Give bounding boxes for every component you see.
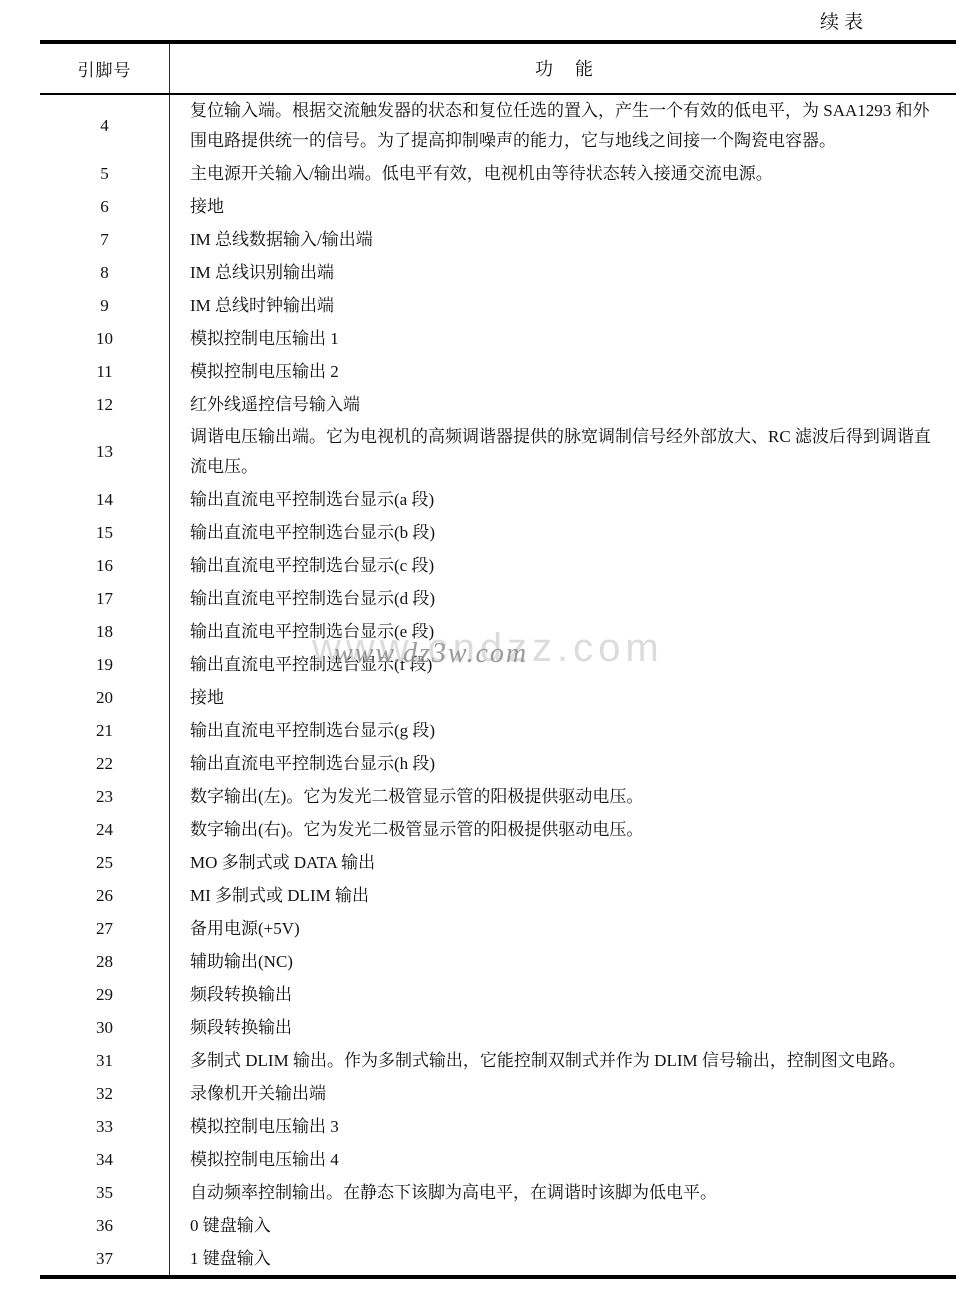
function-cell: 模拟控制电压输出 2 xyxy=(170,355,956,388)
function-cell: 辅助输出(NC) xyxy=(170,945,956,978)
pin-cell: 31 xyxy=(40,1044,170,1077)
table-row: 10 模拟控制电压输出 1 xyxy=(40,322,956,355)
document-page: 续表 引脚号 功 能 4 复位输入端。根据交流触发器的状态和复位任选的置入，产生… xyxy=(0,0,960,1304)
function-cell: 数字输出(右)。它为发光二极管显示管的阳极提供驱动电压。 xyxy=(170,813,956,846)
table-row: 18 输出直流电平控制选台显示(e 段) xyxy=(40,615,956,648)
function-cell: MI 多制式或 DLIM 输出 xyxy=(170,879,956,912)
table-row: 31 多制式 DLIM 输出。作为多制式输出，它能控制双制式并作为 DLIM 信… xyxy=(40,1044,956,1077)
table-row: 4 复位输入端。根据交流触发器的状态和复位任选的置入，产生一个有效的低电平，为 … xyxy=(40,95,956,157)
pin-cell: 21 xyxy=(40,714,170,747)
table-row: 16 输出直流电平控制选台显示(c 段) xyxy=(40,549,956,582)
table-row: 26 MI 多制式或 DLIM 输出 xyxy=(40,879,956,912)
table-row: 12 红外线遥控信号输入端 xyxy=(40,388,956,421)
function-cell: 输出直流电平控制选台显示(a 段) xyxy=(170,483,956,516)
table-row: 5 主电源开关输入/输出端。低电平有效，电视机由等待状态转入接通交流电源。 xyxy=(40,157,956,190)
table-row: 14 输出直流电平控制选台显示(a 段) xyxy=(40,483,956,516)
pin-cell: 28 xyxy=(40,945,170,978)
function-cell: 输出直流电平控制选台显示(f 段) xyxy=(170,648,956,681)
function-cell: 频段转换输出 xyxy=(170,1011,956,1044)
pin-cell: 17 xyxy=(40,582,170,615)
function-cell: IM 总线识别输出端 xyxy=(170,256,956,289)
pin-cell: 36 xyxy=(40,1209,170,1242)
pin-cell: 34 xyxy=(40,1143,170,1176)
pin-cell: 20 xyxy=(40,681,170,714)
pin-cell: 32 xyxy=(40,1077,170,1110)
table-row: 36 0 键盘输入 xyxy=(40,1209,956,1242)
pin-cell: 15 xyxy=(40,516,170,549)
pin-cell: 22 xyxy=(40,747,170,780)
table-row: 35 自动频率控制输出。在静态下该脚为高电平，在调谐时该脚为低电平。 xyxy=(40,1176,956,1209)
function-cell: 1 键盘输入 xyxy=(170,1242,956,1275)
function-cell: 0 键盘输入 xyxy=(170,1209,956,1242)
function-cell: 数字输出(左)。它为发光二极管显示管的阳极提供驱动电压。 xyxy=(170,780,956,813)
function-cell: IM 总线数据输入/输出端 xyxy=(170,223,956,256)
function-cell: 接地 xyxy=(170,681,956,714)
continued-table-label: 续表 xyxy=(820,7,868,34)
table-row: 19 输出直流电平控制选台显示(f 段) xyxy=(40,648,956,681)
pin-cell: 33 xyxy=(40,1110,170,1143)
pin-cell: 8 xyxy=(40,256,170,289)
pin-cell: 10 xyxy=(40,322,170,355)
pin-cell: 18 xyxy=(40,615,170,648)
pin-cell: 4 xyxy=(40,95,170,157)
function-cell: 接地 xyxy=(170,190,956,223)
function-cell: 录像机开关输出端 xyxy=(170,1077,956,1110)
table-row: 29 频段转换输出 xyxy=(40,978,956,1011)
pin-cell: 19 xyxy=(40,648,170,681)
pin-cell: 16 xyxy=(40,549,170,582)
function-cell: 输出直流电平控制选台显示(e 段) xyxy=(170,615,956,648)
table-row: 22 输出直流电平控制选台显示(h 段) xyxy=(40,747,956,780)
table-row: 30 频段转换输出 xyxy=(40,1011,956,1044)
pin-cell: 30 xyxy=(40,1011,170,1044)
table-row: 37 1 键盘输入 xyxy=(40,1242,956,1275)
function-cell: IM 总线时钟输出端 xyxy=(170,289,956,322)
pin-cell: 26 xyxy=(40,879,170,912)
table-row: 7 IM 总线数据输入/输出端 xyxy=(40,223,956,256)
pin-cell: 12 xyxy=(40,388,170,421)
table-row: 33 模拟控制电压输出 3 xyxy=(40,1110,956,1143)
table-row: 27 备用电源(+5V) xyxy=(40,912,956,945)
pin-cell: 14 xyxy=(40,483,170,516)
table-row: 24 数字输出(右)。它为发光二极管显示管的阳极提供驱动电压。 xyxy=(40,813,956,846)
table-row: 15 输出直流电平控制选台显示(b 段) xyxy=(40,516,956,549)
function-cell: 主电源开关输入/输出端。低电平有效，电视机由等待状态转入接通交流电源。 xyxy=(170,157,956,190)
pin-cell: 7 xyxy=(40,223,170,256)
pin-cell: 25 xyxy=(40,846,170,879)
pin-cell: 37 xyxy=(40,1242,170,1275)
function-cell: 频段转换输出 xyxy=(170,978,956,1011)
pin-cell: 11 xyxy=(40,355,170,388)
pin-cell: 35 xyxy=(40,1176,170,1209)
table-header-row: 引脚号 功 能 xyxy=(40,44,956,95)
function-cell: 模拟控制电压输出 1 xyxy=(170,322,956,355)
function-cell: 红外线遥控信号输入端 xyxy=(170,388,956,421)
pin-cell: 24 xyxy=(40,813,170,846)
table-row: 20 接地 xyxy=(40,681,956,714)
table-row: 9 IM 总线时钟输出端 xyxy=(40,289,956,322)
table-row: 6 接地 xyxy=(40,190,956,223)
table-row: 17 输出直流电平控制选台显示(d 段) xyxy=(40,582,956,615)
function-cell: 输出直流电平控制选台显示(g 段) xyxy=(170,714,956,747)
function-cell: 输出直流电平控制选台显示(h 段) xyxy=(170,747,956,780)
function-cell: 模拟控制电压输出 4 xyxy=(170,1143,956,1176)
pin-function-table: 引脚号 功 能 4 复位输入端。根据交流触发器的状态和复位任选的置入，产生一个有… xyxy=(40,40,956,1279)
function-cell: MO 多制式或 DATA 输出 xyxy=(170,846,956,879)
function-cell: 输出直流电平控制选台显示(d 段) xyxy=(170,582,956,615)
function-cell: 多制式 DLIM 输出。作为多制式输出，它能控制双制式并作为 DLIM 信号输出… xyxy=(170,1044,956,1077)
function-column-header: 功 能 xyxy=(170,44,956,93)
function-cell: 复位输入端。根据交流触发器的状态和复位任选的置入，产生一个有效的低电平，为 SA… xyxy=(170,95,956,157)
table-row: 34 模拟控制电压输出 4 xyxy=(40,1143,956,1176)
table-row: 23 数字输出(左)。它为发光二极管显示管的阳极提供驱动电压。 xyxy=(40,780,956,813)
table-row: 8 IM 总线识别输出端 xyxy=(40,256,956,289)
pin-cell: 6 xyxy=(40,190,170,223)
pin-cell: 13 xyxy=(40,421,170,483)
pin-cell: 27 xyxy=(40,912,170,945)
table-row: 25 MO 多制式或 DATA 输出 xyxy=(40,846,956,879)
function-cell: 调谐电压输出端。它为电视机的高频调谐器提供的脉宽调制信号经外部放大、RC 滤波后… xyxy=(170,421,956,483)
pin-cell: 5 xyxy=(40,157,170,190)
pin-cell: 23 xyxy=(40,780,170,813)
function-cell: 备用电源(+5V) xyxy=(170,912,956,945)
table-body: 4 复位输入端。根据交流触发器的状态和复位任选的置入，产生一个有效的低电平，为 … xyxy=(40,95,956,1275)
table-row: 32 录像机开关输出端 xyxy=(40,1077,956,1110)
table-row: 13 调谐电压输出端。它为电视机的高频调谐器提供的脉宽调制信号经外部放大、RC … xyxy=(40,421,956,483)
function-cell: 模拟控制电压输出 3 xyxy=(170,1110,956,1143)
table-row: 28 辅助输出(NC) xyxy=(40,945,956,978)
function-cell: 输出直流电平控制选台显示(c 段) xyxy=(170,549,956,582)
function-cell: 自动频率控制输出。在静态下该脚为高电平，在调谐时该脚为低电平。 xyxy=(170,1176,956,1209)
pin-cell: 29 xyxy=(40,978,170,1011)
pin-column-header: 引脚号 xyxy=(40,44,170,93)
pin-cell: 9 xyxy=(40,289,170,322)
table-row: 11 模拟控制电压输出 2 xyxy=(40,355,956,388)
table-row: 21 输出直流电平控制选台显示(g 段) xyxy=(40,714,956,747)
function-cell: 输出直流电平控制选台显示(b 段) xyxy=(170,516,956,549)
